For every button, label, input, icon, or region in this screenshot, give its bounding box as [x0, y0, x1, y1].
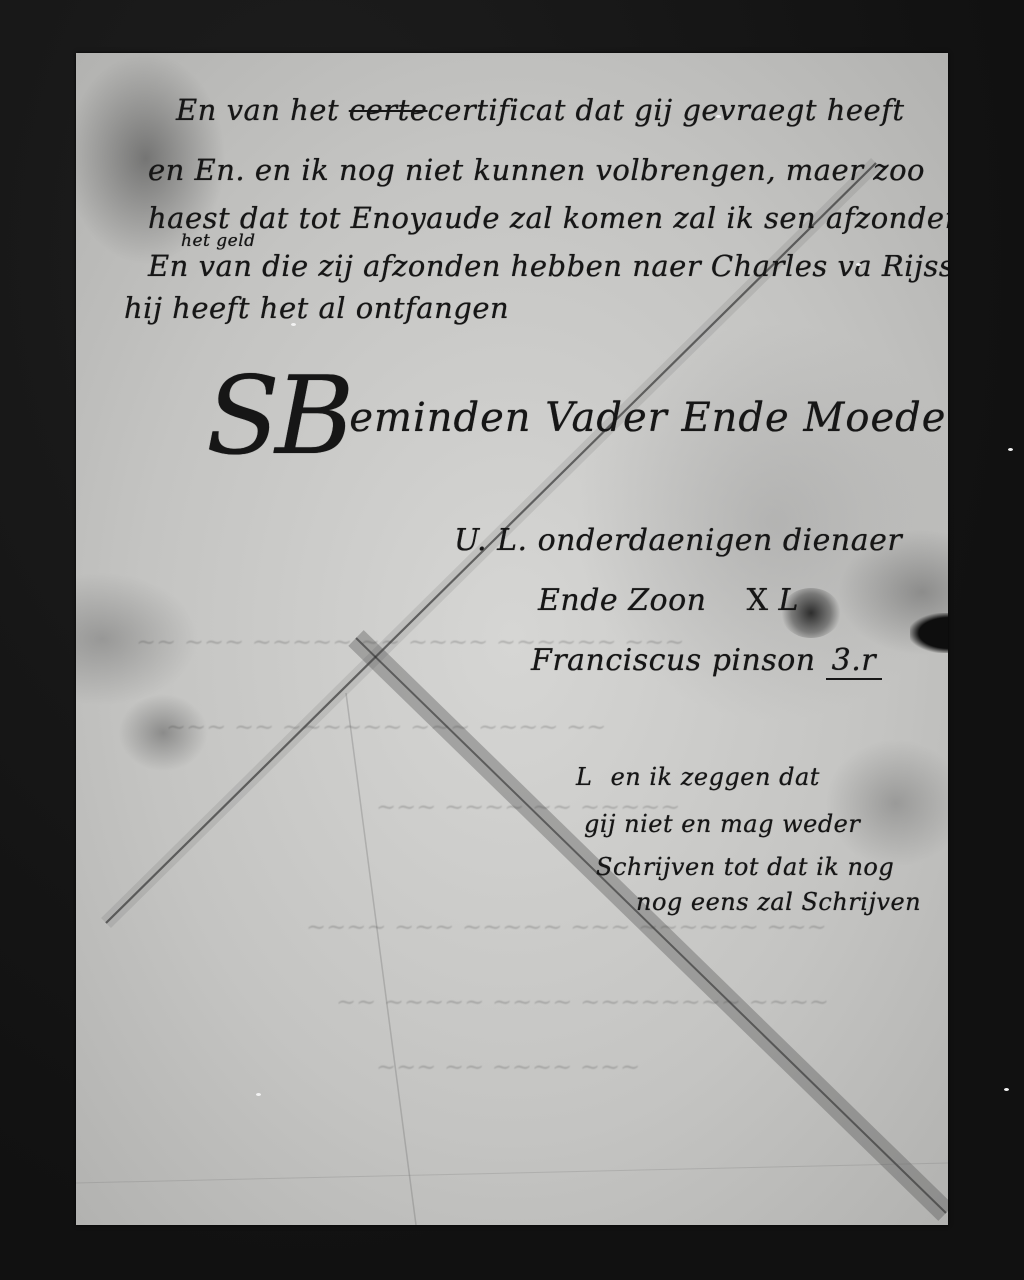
bleed-through-text: ~~ ~~~~~ ~~~~ ~~~~~~~~ ~~~~	[336, 988, 829, 1016]
salutation-ornament: S	[206, 354, 281, 479]
bleed-through-text: ~~~ ~~ ~~~~ ~~~	[376, 1053, 640, 1081]
dust-speck	[856, 263, 861, 266]
dust-speck	[291, 323, 296, 326]
letter-body-line-1: En van het certecertificat dat gij gevra…	[176, 93, 905, 127]
salutation: SBeminden Vader Ende Moeder	[206, 363, 948, 471]
letter-page: ~~ ~~~ ~~~~~ ~~ ~~~~ ~~~~~~ ~~~ ~~~ ~~ ~…	[76, 53, 948, 1225]
torn-edge	[910, 613, 948, 653]
bleed-through-text: ~~~~ ~~~ ~~~~~ ~~~ ~~~~~~ ~~~	[306, 913, 827, 941]
signature-mark: X	[747, 583, 769, 618]
signature-suffix: 3.r	[826, 643, 882, 680]
scan-background: ~~ ~~~ ~~~~~ ~~ ~~~~ ~~~~~~ ~~~ ~~~ ~~ ~…	[0, 0, 1024, 1280]
postscript-line-1: L en ik zeggen dat	[576, 763, 820, 791]
dust-speck	[1004, 1088, 1009, 1091]
closing-line-2: Ende Zoon X L	[538, 583, 799, 618]
ink-blot	[781, 588, 841, 638]
interlinear-insertion: het geld	[181, 231, 256, 251]
postscript-marker: L	[576, 763, 592, 791]
letter-body-line-4: En van die zij afzonden hebben naer Char…	[148, 249, 948, 283]
dust-speck	[256, 1093, 261, 1096]
letter-body-line-3: haest dat tot Enoyaude zal komen zal ik …	[148, 201, 948, 235]
signature-line: Franciscus pinson 3.r	[531, 643, 882, 678]
closing-text: Ende Zoon	[538, 583, 707, 618]
letter-body-line-5: hij heeft het al ontfangen	[124, 291, 509, 325]
salutation-text: eminden Vader Ende Moeder	[349, 395, 948, 441]
signature-name: Franciscus pinson	[531, 643, 816, 678]
bleed-through-text: ~~~ ~~ ~~~~~~ ~~~ ~~~~ ~~	[166, 713, 606, 741]
postscript-line-3: Schrijven tot dat ik nog	[596, 853, 894, 881]
closing-line-1: U. L. onderdaenigen dienaer	[454, 523, 902, 558]
body-text: En van het	[176, 93, 349, 127]
postscript-text: en ik zeggen dat	[611, 763, 820, 791]
salutation-capital: B	[275, 354, 355, 479]
dust-speck	[716, 115, 721, 118]
postscript-line-2: gij niet en mag weder	[584, 810, 860, 838]
dust-speck	[1008, 448, 1013, 451]
letter-body-line-2: en En. en ik nog niet kunnen volbrengen,…	[148, 153, 925, 187]
struck-word: certe	[349, 93, 428, 127]
postscript-line-4: nog eens zal Schrijven	[636, 888, 921, 916]
body-text: certificat dat gij gevraegt heeft	[427, 93, 904, 127]
